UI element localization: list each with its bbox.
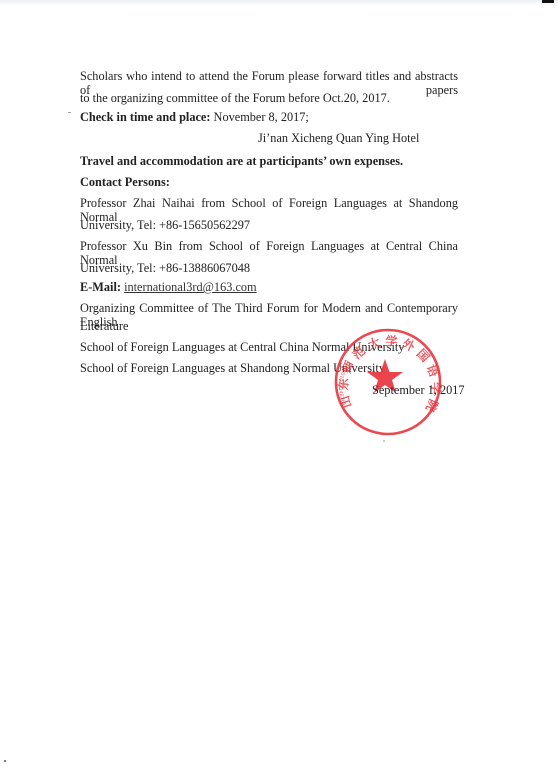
document-page: Scholars who intend to attend the Forum … <box>0 0 558 768</box>
scan-edge <box>0 0 558 6</box>
contact-heading: Contact Persons: <box>80 175 170 189</box>
scan-corner-mark <box>542 0 554 3</box>
org-line-1: Organizing Committee of The Third Forum … <box>80 301 458 329</box>
email-line: E-Mail: international3rd@163.com <box>80 280 257 294</box>
hotel-line: Ji’nan Xicheng Quan Ying Hotel <box>258 131 419 145</box>
scan-speck <box>383 440 385 442</box>
contact1-line-2: University, Tel: +86-15650562297 <box>80 218 250 232</box>
email-link[interactable]: international3rd@163.com <box>124 280 257 294</box>
checkin-label: Check in time and place: <box>80 110 210 124</box>
checkin-line: Check in time and place: November 8, 201… <box>80 110 309 124</box>
scan-speck <box>68 112 71 113</box>
expenses-line: Travel and accommodation are at particip… <box>80 154 403 168</box>
email-label: E-Mail: <box>80 280 121 294</box>
scan-speck <box>4 760 6 762</box>
submission-line-2: to the organizing committee of the Forum… <box>80 91 390 105</box>
document-date: September 1, 2017 <box>372 383 465 397</box>
contact2-line-2: University, Tel: +86-13886067048 <box>80 261 250 275</box>
checkin-value: November 8, 2017; <box>210 110 308 124</box>
org-line-2: Literature <box>80 319 128 333</box>
